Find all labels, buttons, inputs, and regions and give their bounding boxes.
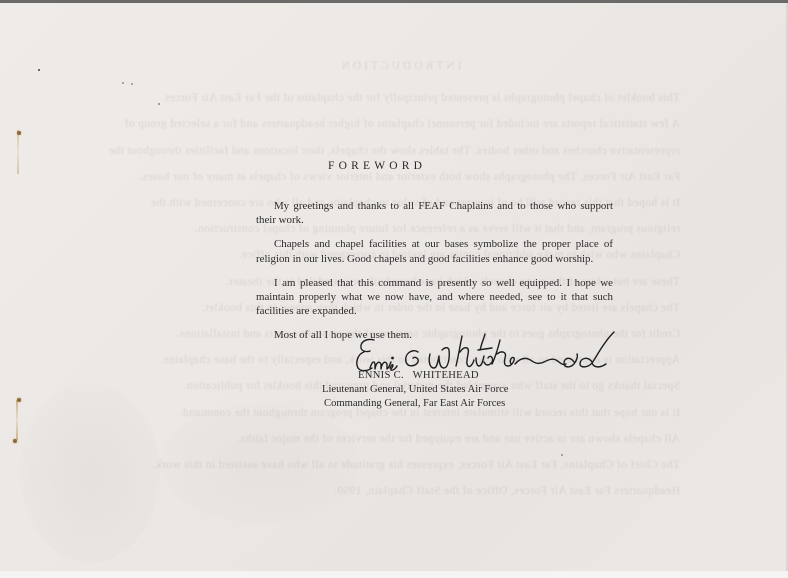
paragraph: My greetings and thanks to all FEAF Chap…	[256, 199, 613, 228]
paragraph: I am pleased that this command is presen…	[256, 276, 613, 319]
signer-rank: Lieutenant General, United States Air Fo…	[318, 383, 518, 397]
scan-bottom-edge	[0, 571, 788, 578]
page-title: FOREWORD	[328, 160, 426, 172]
signer-name: ENNIS C. WHITEHEAD	[318, 369, 518, 383]
signer-block: ENNIS C. WHITEHEAD Lieutenant General, U…	[318, 369, 518, 410]
signer-title: Commanding General, Far East Air Forces	[318, 397, 518, 411]
paragraph: Chapels and chapel facilities at our bas…	[256, 237, 613, 266]
document-page: INTRODUCTION This booklet of chapel phot…	[0, 3, 786, 571]
